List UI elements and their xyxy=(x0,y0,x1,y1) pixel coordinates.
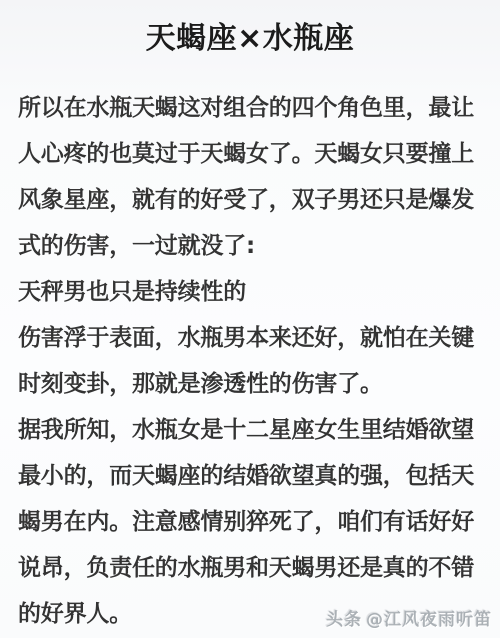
paragraph-scorpio-hurt: 所以在水瓶天蝎这对组合的四个角色里，最让 人心疼的也莫过于天蝎女了。天蝎女只要撞… xyxy=(18,85,482,407)
watermark: 头条@江风夜雨听笛 xyxy=(326,605,492,630)
toutiao-brand-text: 头条 xyxy=(326,610,362,630)
paragraph-marriage-desire: 据我所知，水瓶女是十二星座女生里结婚欲望 最小的，而天蝎座的结婚欲望真的强，包括… xyxy=(18,407,482,637)
article-body: 所以在水瓶天蝎这对组合的四个角色里，最让 人心疼的也莫过于天蝎女了。天蝎女只要撞… xyxy=(0,85,500,637)
page-title: 天蝎座×水瓶座 xyxy=(0,0,500,58)
zodiac-article-page: 天蝎座×水瓶座 所以在水瓶天蝎这对组合的四个角色里，最让 人心疼的也莫过于天蝎女… xyxy=(0,0,500,638)
watermark-author-handle: @江风夜雨听笛 xyxy=(366,610,492,630)
